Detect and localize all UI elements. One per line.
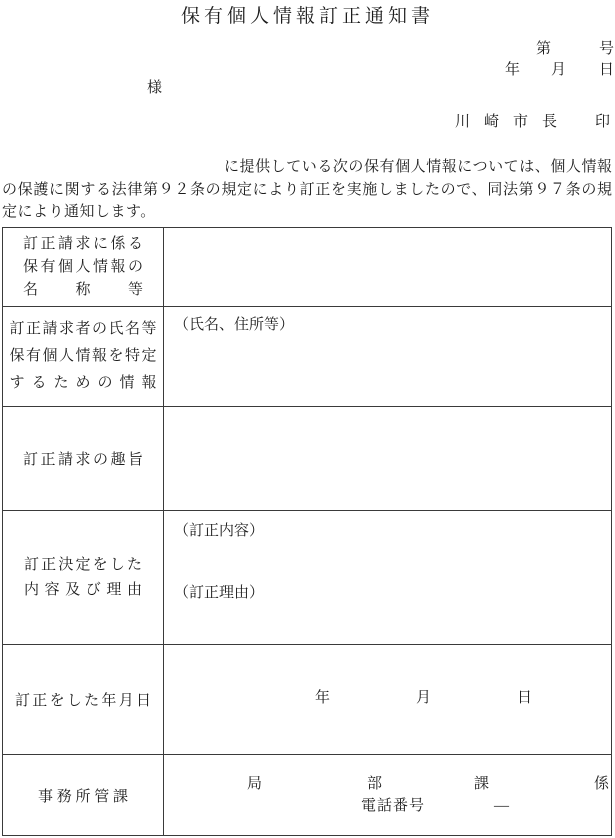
row3-label-cell: 訂正請求の趣旨 — [3, 407, 164, 510]
row3-label: 訂正請求の趣旨 — [23, 448, 143, 469]
body-line-1: に提供している次の保有個人情報については、個人情報 — [224, 156, 612, 179]
row6-section-label: 課 — [474, 775, 489, 793]
table-row-office-section: 事務所管課 局 部 課 係 電話番号 ― — [3, 755, 611, 835]
issuer-name: 川崎市長 — [455, 113, 571, 131]
row5-content-cell: 年 月 日 — [164, 645, 611, 754]
row6-label-cell: 事務所管課 — [3, 755, 164, 835]
issuer-seal-mark: 印 — [595, 113, 610, 131]
row5-label-cell: 訂正をした年月日 — [3, 645, 164, 754]
row3-content-cell — [164, 407, 611, 510]
table-row-decision-content: 訂正決定をした 内容及び理由 （訂正内容） （訂正理由） — [3, 511, 611, 645]
recipient-honorific: 様 — [147, 79, 162, 97]
row6-department-label: 部 — [367, 775, 382, 793]
row2-label-line3: するための情報 — [10, 370, 157, 397]
row1-label-line3: 名称等 — [23, 279, 143, 302]
row4-label-cell: 訂正決定をした 内容及び理由 — [3, 511, 164, 644]
row6-bureau-label: 局 — [247, 775, 262, 793]
row1-content-cell — [164, 228, 611, 306]
body-line-2: の保護に関する法律第９２条の規定により訂正を実施しましたので、同法第９７条の規 — [2, 179, 612, 202]
row6-phone-label: 電話番号 — [361, 797, 425, 815]
table-row-correction-date: 訂正をした年月日 年 月 日 — [3, 645, 611, 755]
row5-day-label: 日 — [517, 689, 532, 707]
table-row-request-purport: 訂正請求の趣旨 — [3, 407, 611, 511]
row2-label-cell: 訂正請求者の氏名等 保有個人情報を特定 するための情報 — [3, 307, 164, 406]
row6-phone-separator: ― — [494, 797, 509, 815]
date-year-label: 年 — [505, 61, 520, 79]
row4-label-line2: 内容及び理由 — [24, 578, 142, 603]
row4-note-correction-reason: （訂正理由） — [174, 583, 264, 603]
row4-label-line1: 訂正決定をした — [24, 553, 142, 578]
row5-year-label: 年 — [315, 689, 330, 707]
row2-label-line1: 訂正請求者の氏名等 — [10, 316, 157, 343]
body-paragraph: に提供している次の保有個人情報については、個人情報 の保護に関する法律第９２条の… — [2, 156, 612, 224]
document-title: 保有個人情報訂正通知書 — [0, 4, 615, 30]
row1-label-line1: 訂正請求に係る — [23, 233, 143, 256]
date-day-label: 日 — [599, 61, 614, 79]
row2-content-note: （氏名、住所等） — [174, 315, 294, 335]
table-row-requester-info: 訂正請求者の氏名等 保有個人情報を特定 するための情報 （氏名、住所等） — [3, 307, 611, 407]
row2-content-cell: （氏名、住所等） — [164, 307, 611, 406]
body-line-3: 定により通知します。 — [2, 201, 612, 224]
row5-label: 訂正をした年月日 — [15, 689, 151, 710]
doc-number-suffix: 号 — [599, 40, 614, 58]
row6-label: 事務所管課 — [38, 785, 128, 806]
row4-note-correction-content: （訂正内容） — [174, 521, 264, 541]
doc-number-prefix: 第 — [536, 40, 551, 58]
row5-month-label: 月 — [416, 689, 431, 707]
row4-content-cell: （訂正内容） （訂正理由） — [164, 511, 611, 644]
row6-unit-label: 係 — [594, 775, 609, 793]
date-month-label: 月 — [551, 61, 566, 79]
row6-content-cell: 局 部 課 係 電話番号 ― — [164, 755, 611, 835]
row2-label-line2: 保有個人情報を特定 — [10, 343, 157, 370]
row1-label-cell: 訂正請求に係る 保有個人情報の 名称等 — [3, 228, 164, 306]
row1-label-line2: 保有個人情報の — [23, 256, 143, 279]
form-table: 訂正請求に係る 保有個人情報の 名称等 訂正請求者の氏名等 保有個人情報を特定 … — [2, 227, 612, 836]
table-row-subject-info: 訂正請求に係る 保有個人情報の 名称等 — [3, 228, 611, 307]
